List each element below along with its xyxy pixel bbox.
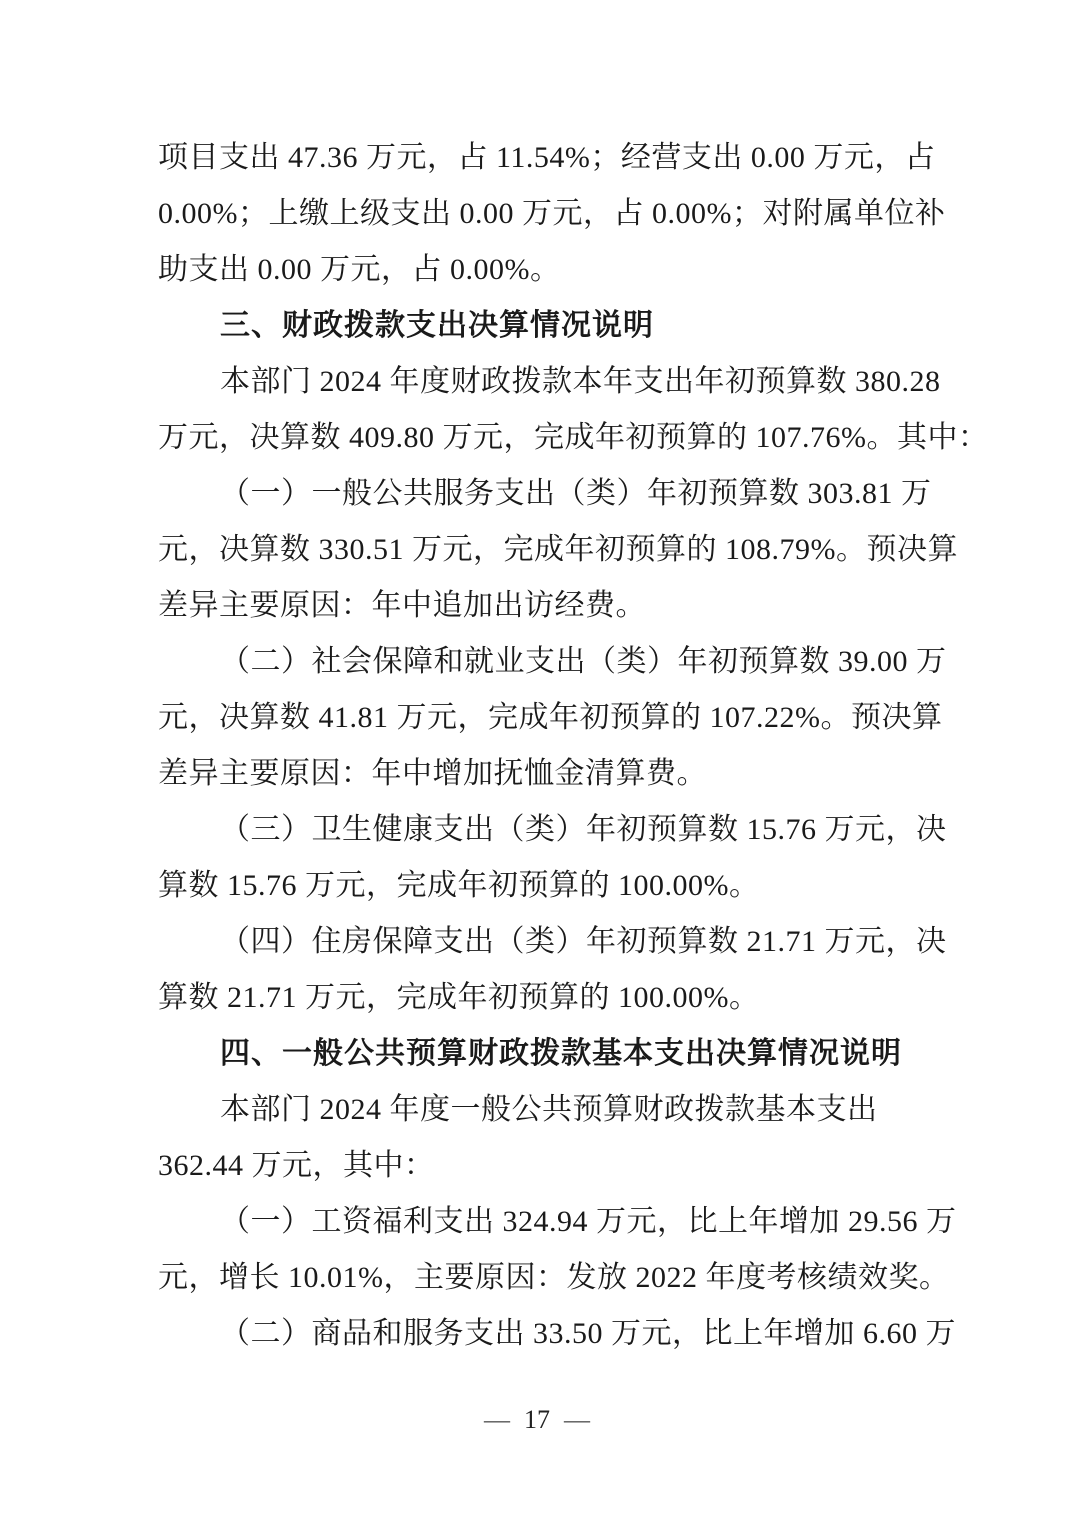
section-heading-3: 三、财政拨款支出决算情况说明: [158, 298, 908, 354]
document-body: 项目支出 47.36 万元，占 11.54%；经营支出 0.00 万元，占 0.…: [158, 130, 908, 1362]
body-line: （三）卫生健康支出（类）年初预算数 15.76 万元，决: [158, 802, 908, 858]
page-number: 17: [524, 1405, 550, 1434]
body-line: （一）工资福利支出 324.94 万元，比上年增加 29.56 万: [158, 1194, 908, 1250]
body-line: （二）商品和服务支出 33.50 万元，比上年增加 6.60 万: [158, 1306, 908, 1362]
section-heading-4: 四、一般公共预算财政拨款基本支出决算情况说明: [158, 1026, 908, 1082]
page-footer: —17—: [0, 1398, 1074, 1442]
body-line: 元，增长 10.01%，主要原因：发放 2022 年度考核绩效奖。: [158, 1250, 908, 1306]
body-line: 本部门 2024 年度财政拨款本年支出年初预算数 380.28: [158, 354, 908, 410]
body-line: 本部门 2024 年度一般公共预算财政拨款基本支出: [158, 1082, 908, 1138]
document-page: 项目支出 47.36 万元，占 11.54%；经营支出 0.00 万元，占 0.…: [0, 0, 1074, 1520]
body-line: 元，决算数 330.51 万元，完成年初预算的 108.79%。预决算: [158, 522, 908, 578]
body-line: 元，决算数 41.81 万元，完成年初预算的 107.22%。预决算: [158, 690, 908, 746]
body-line: 算数 21.71 万元，完成年初预算的 100.00%。: [158, 970, 908, 1026]
body-line: （一）一般公共服务支出（类）年初预算数 303.81 万: [158, 466, 908, 522]
body-line: 助支出 0.00 万元，占 0.00%。: [158, 242, 908, 298]
body-line: 万元，决算数 409.80 万元，完成年初预算的 107.76%。其中：: [158, 410, 908, 466]
body-line: 362.44 万元，其中：: [158, 1138, 908, 1194]
body-line: 0.00%；上缴上级支出 0.00 万元，占 0.00%；对附属单位补: [158, 186, 908, 242]
body-line: 差异主要原因：年中追加出访经费。: [158, 578, 908, 634]
body-line: 算数 15.76 万元，完成年初预算的 100.00%。: [158, 858, 908, 914]
footer-left-dash: —: [470, 1405, 524, 1434]
body-line: （四）住房保障支出（类）年初预算数 21.71 万元，决: [158, 914, 908, 970]
footer-right-dash: —: [550, 1405, 604, 1434]
body-line: 差异主要原因：年中增加抚恤金清算费。: [158, 746, 908, 802]
body-line: 项目支出 47.36 万元，占 11.54%；经营支出 0.00 万元，占: [158, 130, 908, 186]
body-line: （二）社会保障和就业支出（类）年初预算数 39.00 万: [158, 634, 908, 690]
